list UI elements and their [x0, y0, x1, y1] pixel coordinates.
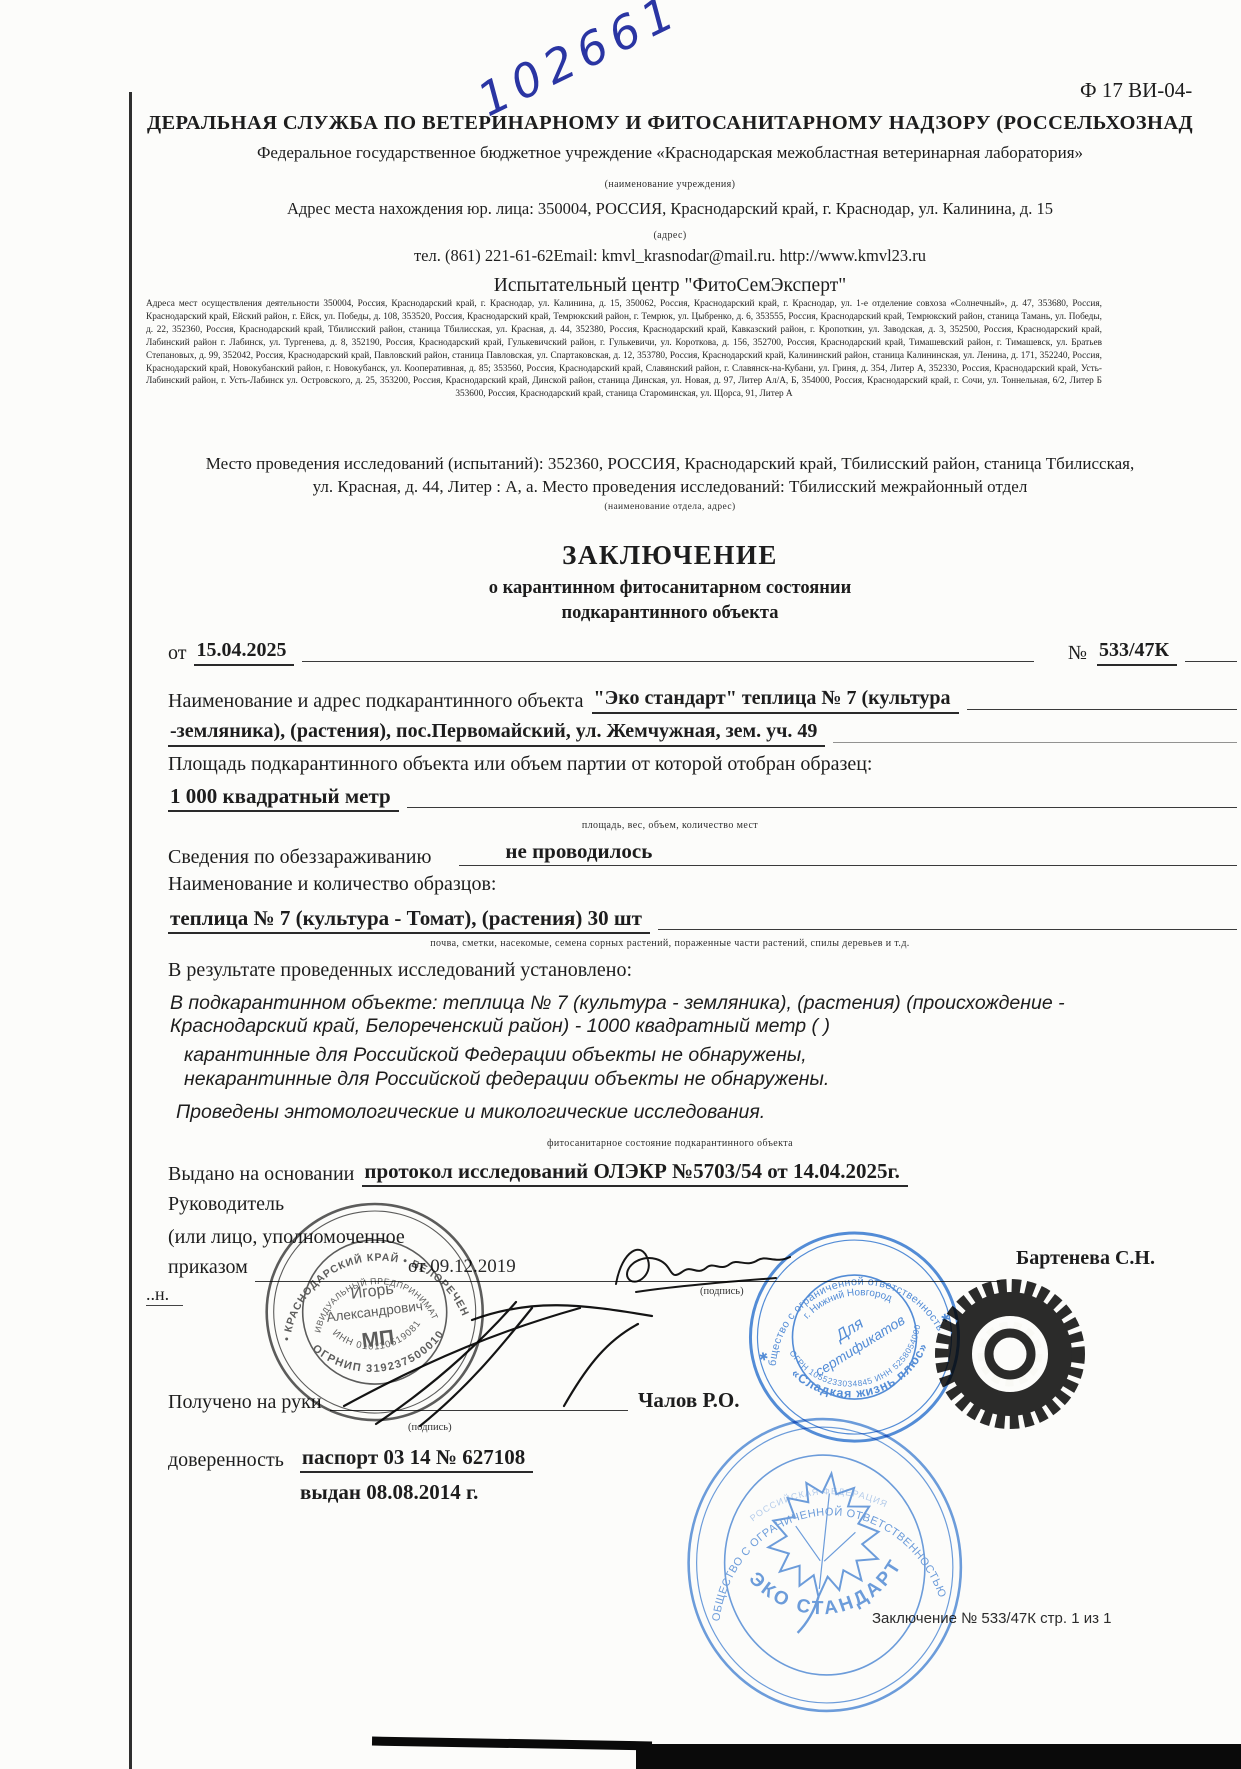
scan-edge-line: [129, 92, 132, 1769]
poa-issued: выдан 08.08.2014 г.: [300, 1480, 478, 1505]
samples-value: теплица № 7 (культура - Томат), (растени…: [168, 905, 650, 934]
scan-bottom-bar-left: [372, 1737, 652, 1751]
results-intro: В результате проведенных исследований ус…: [168, 958, 632, 983]
samples-label-row: Наименование и количество образцов:: [168, 872, 496, 897]
samples-label: Наименование и количество образцов:: [168, 872, 496, 897]
address-caption: (адрес): [140, 230, 1200, 241]
issued-row: Выдано на основании протокол исследовани…: [168, 1158, 908, 1187]
area-label-row: Площадь подкарантинного объекта или объе…: [168, 752, 873, 777]
head-name: Бартенева С.Н.: [1016, 1247, 1155, 1270]
header-service-line: ДЕРАЛЬНАЯ СЛУЖБА ПО ВЕТЕРИНАРНОМУ И ФИТО…: [140, 112, 1200, 135]
object-value-1: "Эко стандарт" теплица № 7 (культура: [592, 686, 959, 714]
header-institution: Федеральное государственное бюджетное уч…: [140, 143, 1200, 163]
results-line-1: В подкарантинном объекте: теплица № 7 (к…: [170, 992, 1065, 1015]
object-value-2: -земляника), (растения), пос.Первомайски…: [168, 719, 825, 747]
document-scan: 102661 Ф 17 ВИ-04- ДЕРАЛЬНАЯ СЛУЖБА ПО В…: [0, 0, 1241, 1769]
area-label: Площадь подкарантинного объекта или объе…: [168, 752, 873, 777]
issued-value: протокол исследований ОЛЭКР №5703/54 от …: [362, 1158, 908, 1187]
disinfection-value: не проводилось: [459, 838, 652, 865]
area-caption: площадь, вес, объем, количество мест: [140, 820, 1200, 831]
results-line-2: Краснодарский край, Белореченский район)…: [170, 1015, 830, 1038]
object-row-1: Наименование и адрес подкарантинного объ…: [168, 686, 1237, 714]
date-number-row: от 15.04.2025 № 533/47К: [168, 638, 1237, 666]
header-address: Адрес места нахождения юр. лица: 350004,…: [140, 199, 1200, 219]
results-line-3: карантинные для Российской Федерации объ…: [184, 1044, 807, 1067]
order-row: приказом: [168, 1255, 248, 1280]
poa-row: доверенность паспорт 03 14 № 627108: [168, 1444, 533, 1473]
date-rule: [302, 661, 1033, 662]
scan-bottom-bar-right: [636, 1744, 1241, 1769]
date-label: от: [168, 641, 186, 666]
test-center-name: Испытательный центр "ФитоСемЭксперт": [140, 275, 1200, 297]
number-value: 533/47К: [1097, 638, 1177, 666]
doc-subtitle-2: подкарантинного объекта: [140, 603, 1200, 624]
date-value: 15.04.2025: [194, 638, 294, 666]
disinfection-row: Сведения по обеззараживанию не проводило…: [168, 838, 1237, 870]
number-label: №: [1068, 641, 1087, 666]
eco-standart-stamp: РОССИЙСКАЯ ФЕДЕРАЦИЯ ОБЩЕСТВО С ОГРАНИЧЕ…: [665, 1401, 985, 1735]
research-place-caption: (наименование отдела, адрес): [140, 502, 1200, 512]
object-rule-2: [833, 742, 1237, 743]
disinfection-label: Сведения по обеззараживанию: [168, 845, 431, 870]
samples-value-row: теплица № 7 (культура - Томат), (растени…: [168, 905, 1237, 934]
ooo-stamp-star-left: ✱: [758, 1351, 770, 1365]
poa-value: паспорт 03 14 № 627108: [300, 1444, 533, 1473]
recipient-signature: [322, 1288, 682, 1443]
number-rule: [1185, 661, 1237, 662]
header-contacts: тел. (861) 221-61-62Email: kmvl_krasnoda…: [140, 246, 1200, 266]
doc-title: ЗАКЛЮЧЕНИЕ: [140, 540, 1200, 571]
area-value-row: 1 000 квадратный метр: [168, 783, 1237, 812]
doc-subtitle-1: о карантинном фитосанитарном состоянии: [140, 578, 1200, 599]
results-line-5: Проведены энтомологические и микологичес…: [176, 1101, 765, 1124]
svg-text:ЭКО СТАНДАРТ: ЭКО СТАНДАРТ: [743, 1553, 911, 1627]
object-label: Наименование и адрес подкарантинного объ…: [168, 689, 584, 714]
handwritten-number: 102661: [469, 0, 688, 127]
eco-stamp-name: ЭКО СТАНДАРТ: [743, 1553, 911, 1627]
results-caption: фитосанитарное состояние подкарантинного…: [140, 1138, 1200, 1149]
activity-addresses: Адреса мест осуществления деятельности 3…: [146, 298, 1102, 401]
area-value: 1 000 квадратный метр: [168, 783, 399, 812]
results-intro-text: В результате проведенных исследований ус…: [168, 958, 632, 983]
institution-caption: (наименование учреждения): [140, 179, 1200, 190]
form-code: Ф 17 ВИ-04-: [1080, 78, 1192, 103]
research-place-line2: ул. Красная, д. 44, Литер : А, а. Место …: [150, 475, 1190, 498]
samples-rule: [658, 929, 1237, 930]
results-line-4: некарантинные для Российской федерации о…: [184, 1068, 829, 1091]
object-rule-1: [967, 709, 1237, 710]
area-rule: [407, 807, 1237, 808]
order-label: приказом: [168, 1255, 248, 1280]
poa-label: доверенность: [168, 1448, 284, 1473]
left-remnant: ..н.: [146, 1284, 183, 1306]
research-place-line1: Место проведения исследований (испытаний…: [150, 452, 1190, 475]
disinfection-rule: не проводилось: [459, 838, 1237, 866]
research-place: Место проведения исследований (испытаний…: [150, 452, 1190, 498]
samples-caption: почва, сметки, насекомые, семена сорных …: [140, 938, 1200, 949]
object-row-2: -земляника), (растения), пос.Первомайски…: [168, 719, 1237, 747]
issued-label: Выдано на основании: [168, 1162, 354, 1187]
